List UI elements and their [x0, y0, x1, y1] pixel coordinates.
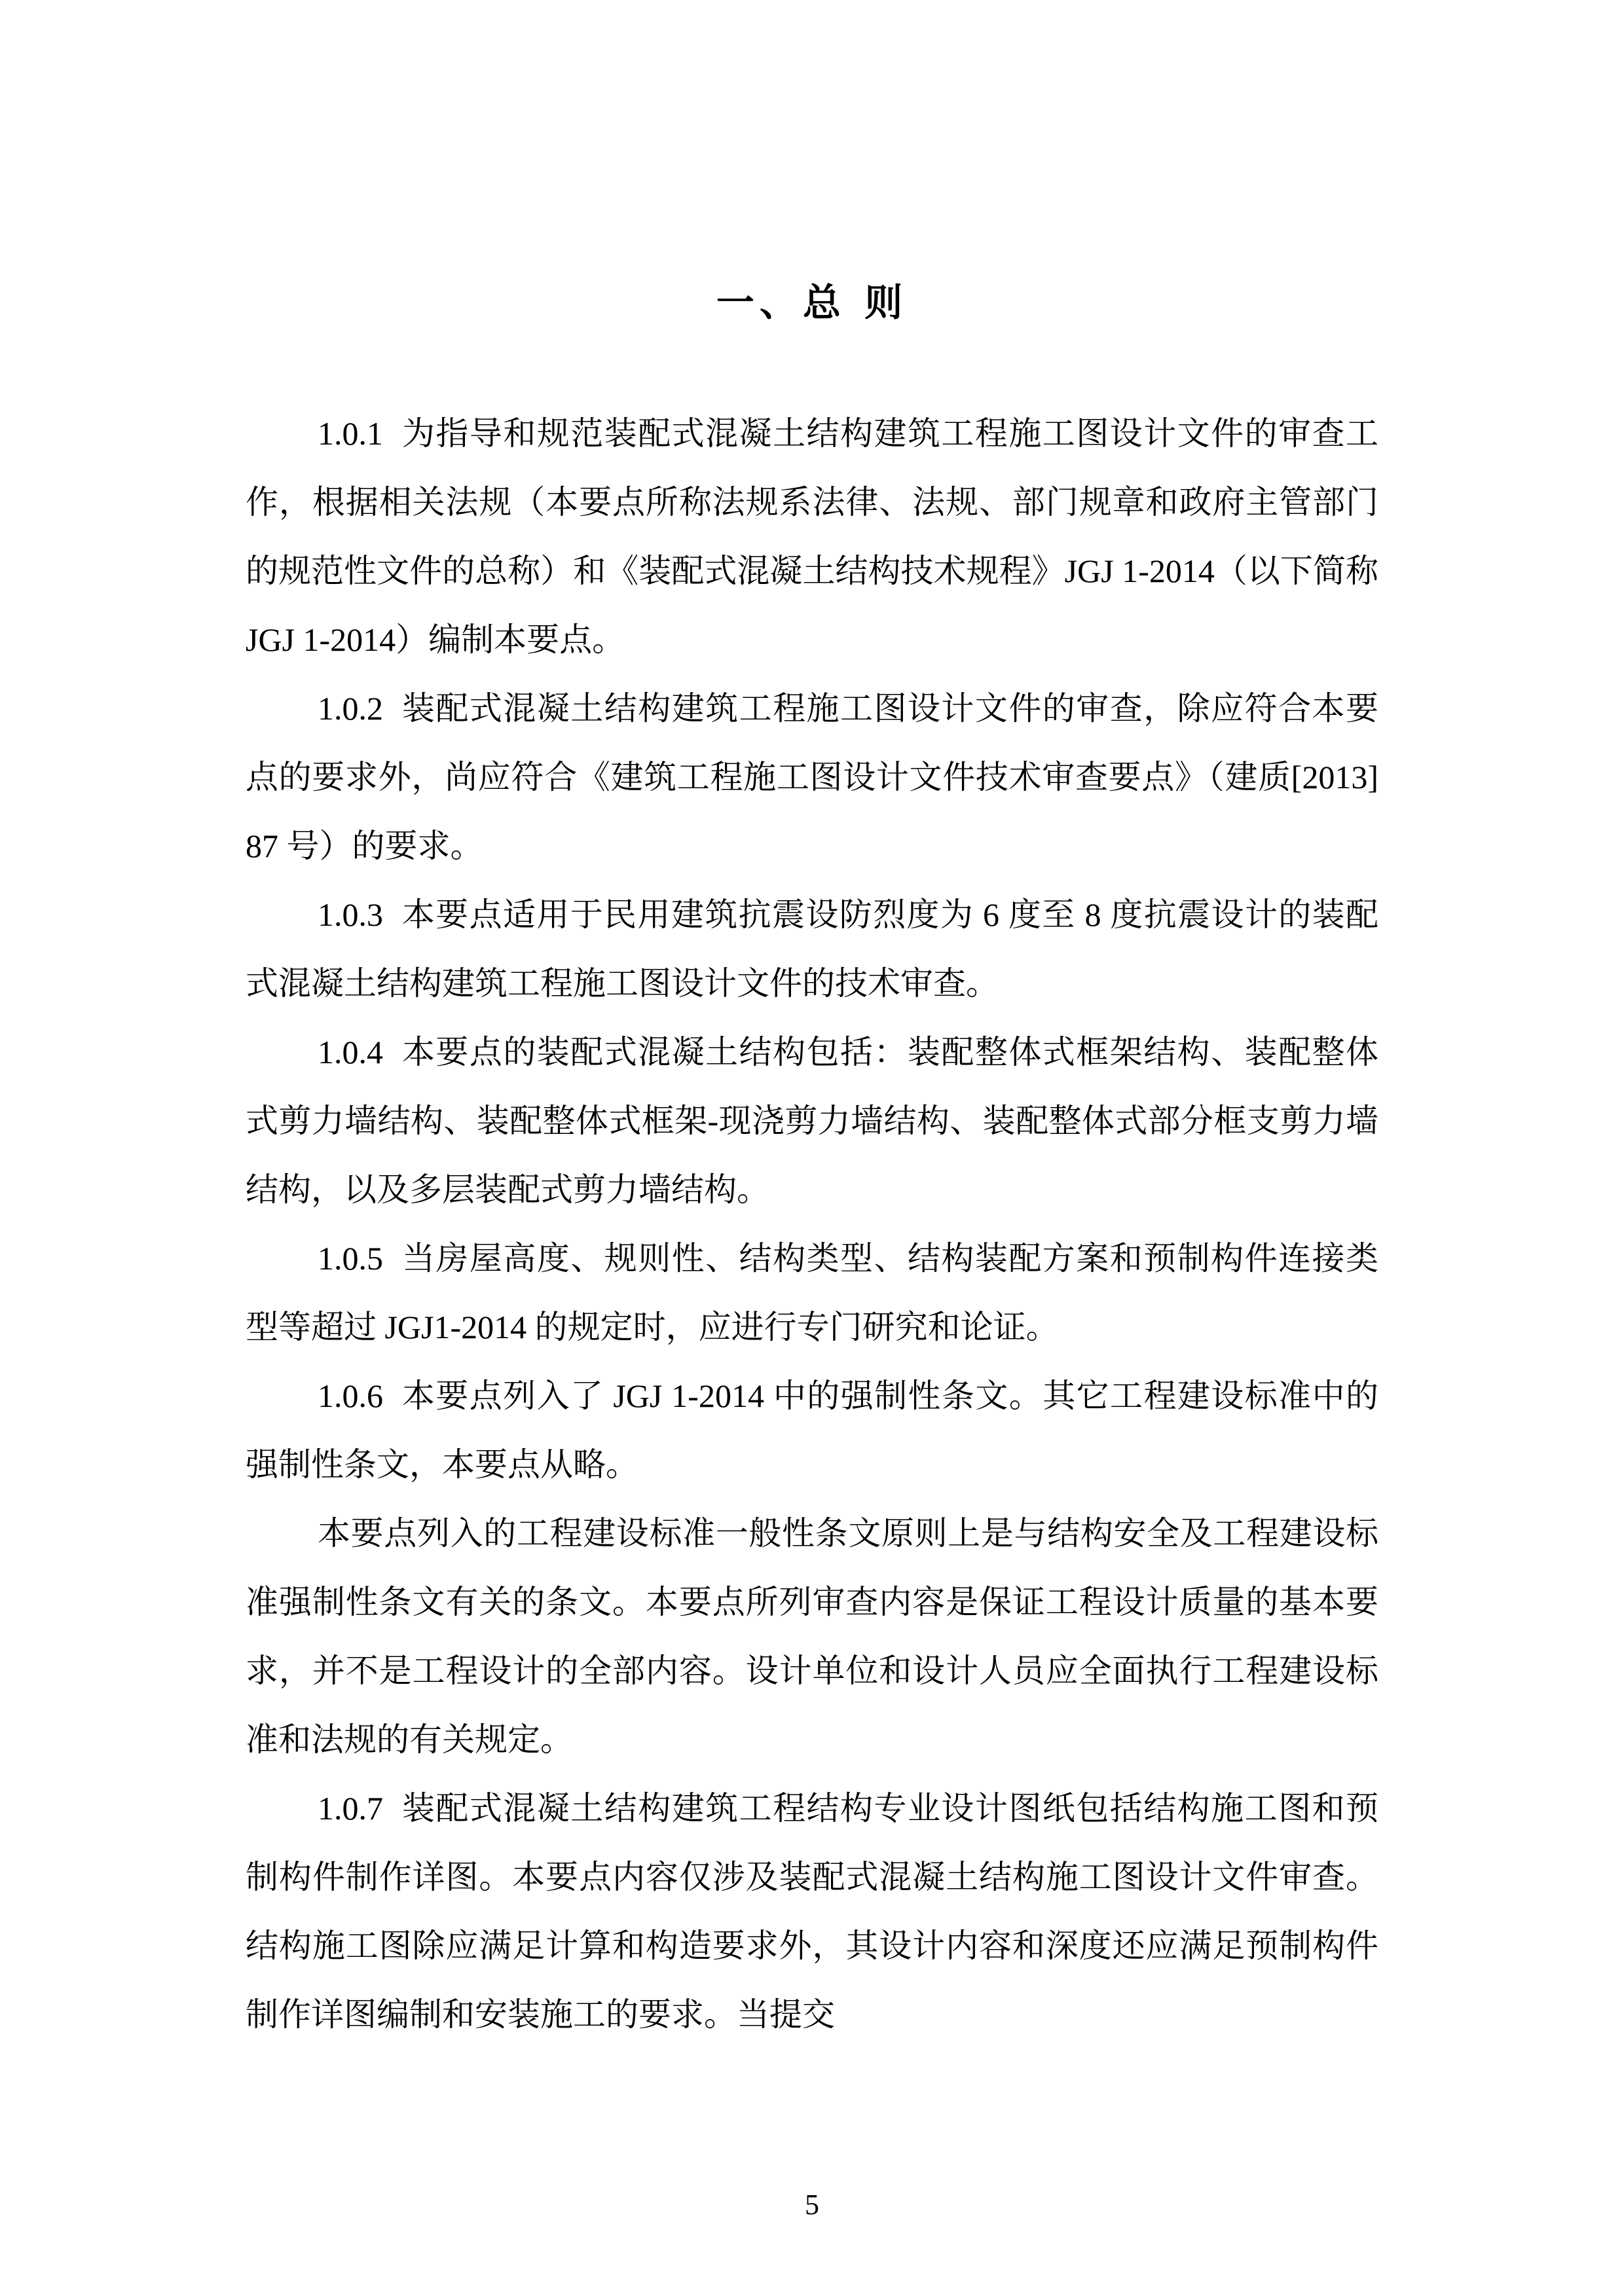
paragraph-number: 1.0.5 [318, 1240, 383, 1277]
document-body: 1.0.1为指导和规范装配式混凝土结构建筑工程施工图设计文件的审查工作，根据相关… [246, 399, 1378, 2049]
paragraph-number: 1.0.3 [318, 896, 383, 933]
paragraph-number: 1.0.6 [318, 1377, 383, 1414]
paragraph-1-0-3: 1.0.3本要点适用于民用建筑抗震设防烈度为 6 度至 8 度抗震设计的装配式混… [246, 881, 1378, 1018]
paragraph-text: 为指导和规范装配式混凝土结构建筑工程施工图设计文件的审查工作，根据相关法规（本要… [246, 415, 1378, 658]
paragraph-text: 本要点列入了 JGJ 1-2014 中的强制性条文。其它工程建设标准中的强制性条… [246, 1377, 1378, 1483]
paragraph-number: 1.0.7 [318, 1790, 383, 1827]
paragraph-text: 本要点适用于民用建筑抗震设防烈度为 6 度至 8 度抗震设计的装配式混凝土结构建… [246, 896, 1378, 1002]
paragraph-text: 本要点的装配式混凝土结构包括：装配整体式框架结构、装配整体式剪力墙结构、装配整体… [246, 1034, 1378, 1208]
paragraph-text: 本要点列入的工程建设标准一般性条文原则上是与结构安全及工程建设标准强制性条文有关… [246, 1515, 1378, 1758]
paragraph-number: 1.0.1 [318, 415, 383, 452]
paragraph-number: 1.0.4 [318, 1034, 383, 1070]
paragraph-text: 装配式混凝土结构建筑工程结构专业设计图纸包括结构施工图和预制构件制作详图。本要点… [246, 1790, 1378, 2033]
paragraph-1-0-4: 1.0.4本要点的装配式混凝土结构包括：装配整体式框架结构、装配整体式剪力墙结构… [246, 1018, 1378, 1224]
paragraph-text: 当房屋高度、规则性、结构类型、结构装配方案和预制构件连接类型等超过 JGJ1-2… [246, 1240, 1378, 1345]
paragraph-1-0-1: 1.0.1为指导和规范装配式混凝土结构建筑工程施工图设计文件的审查工作，根据相关… [246, 399, 1378, 674]
paragraph-1-0-7: 1.0.7装配式混凝土结构建筑工程结构专业设计图纸包括结构施工图和预制构件制作详… [246, 1774, 1378, 2049]
paragraph-text: 装配式混凝土结构建筑工程施工图设计文件的审查，除应符合本要点的要求外，尚应符合《… [246, 690, 1378, 864]
paragraph-1-0-5: 1.0.5当房屋高度、规则性、结构类型、结构装配方案和预制构件连接类型等超过 J… [246, 1224, 1378, 1362]
section-title: 一、总 则 [246, 278, 1378, 327]
page-number: 5 [0, 2185, 1624, 2225]
paragraph-1-0-2: 1.0.2装配式混凝土结构建筑工程施工图设计文件的审查，除应符合本要点的要求外，… [246, 674, 1378, 881]
document-page: 一、总 则 1.0.1为指导和规范装配式混凝土结构建筑工程施工图设计文件的审查工… [0, 0, 1624, 2296]
paragraph-unnumbered: 本要点列入的工程建设标准一般性条文原则上是与结构安全及工程建设标准强制性条文有关… [246, 1499, 1378, 1774]
paragraph-number: 1.0.2 [318, 690, 383, 727]
paragraph-1-0-6: 1.0.6本要点列入了 JGJ 1-2014 中的强制性条文。其它工程建设标准中… [246, 1362, 1378, 1499]
